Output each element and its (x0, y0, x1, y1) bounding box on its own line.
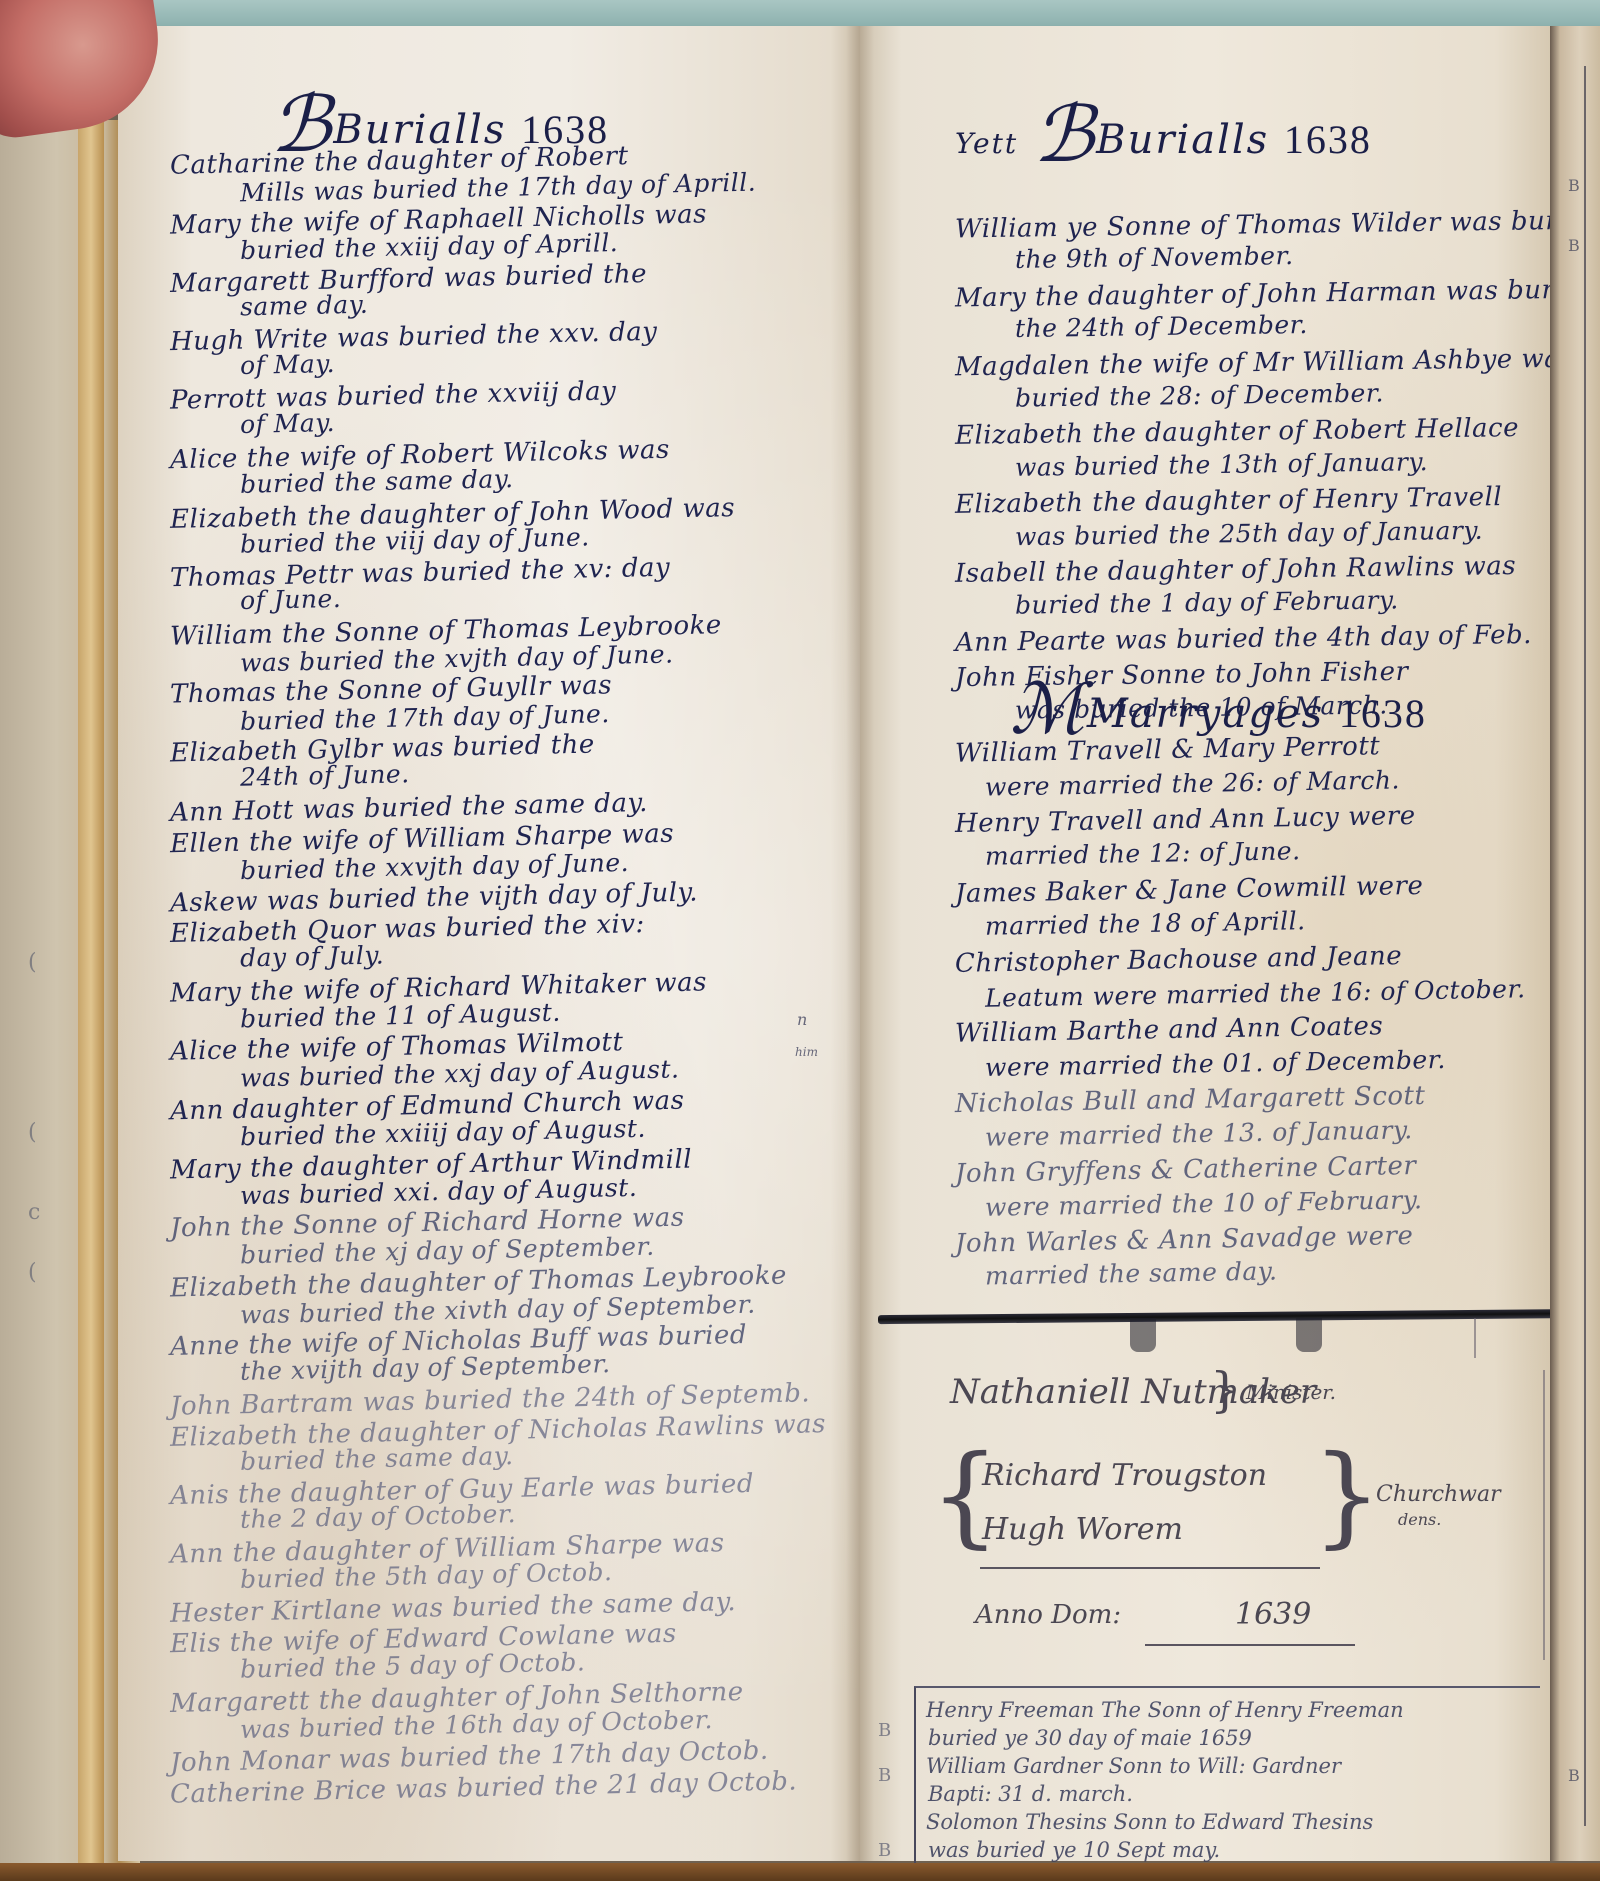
underline (1145, 1644, 1355, 1646)
register-entry-continuation: married the 18 of Aprill. (985, 906, 1306, 941)
brace: } (1210, 1362, 1241, 1418)
page-ruling (1543, 1370, 1545, 1660)
register-entry-continuation: of May. (240, 349, 336, 380)
later-entries-box: Henry Freeman The Sonn of Henry Freemanb… (914, 1686, 1540, 1878)
register-entry-continuation: married the 12: of June. (985, 836, 1301, 871)
heading-word: Burialls (1096, 117, 1269, 163)
heading-word: Marryages (1087, 691, 1324, 737)
register-entry-continuation: the 9th of November. (1015, 241, 1294, 274)
margin-note: him (795, 1045, 818, 1059)
underline (980, 1567, 1320, 1569)
margin-mark: B (878, 1765, 891, 1786)
register-entry-continuation: same day. (240, 290, 369, 322)
anno-domini-label: Anno Dom: (975, 1600, 1121, 1630)
later-entry-line: William Gardner Sonn to Will: Gardner (926, 1754, 1341, 1778)
edge-mark: ( (28, 1120, 37, 1145)
brace-right: } (1312, 1440, 1382, 1550)
churchwardens-role: dens. (1398, 1510, 1441, 1529)
later-entry-line: was buried ye 10 Sept may. (928, 1838, 1220, 1862)
margin-note: n (797, 1010, 807, 1029)
register-entry-continuation: buried the 28: of December. (1015, 378, 1384, 412)
later-entry-line: buried ye 30 day of maie 1659 (928, 1726, 1252, 1750)
later-entry-line: Henry Freeman The Sonn of Henry Freeman (926, 1698, 1404, 1722)
edge-mark: ( (28, 950, 37, 975)
margin-mark: B (1568, 176, 1580, 195)
register-entry-continuation: married the same day. (985, 1256, 1278, 1290)
page-ruling (1584, 66, 1586, 1826)
register-entry-continuation: buried the 11 of August. (240, 997, 561, 1033)
edge-mark: ( (28, 1260, 37, 1285)
churchwarden-name: Richard Trougston (982, 1458, 1267, 1493)
next-page-edge: B B B B (1550, 26, 1600, 1861)
ink-blot (1296, 1318, 1322, 1352)
churchwardens-role: Churchwar (1376, 1482, 1501, 1507)
book-gutter (846, 26, 874, 1861)
register-entry-continuation: 24th of June. (240, 760, 410, 793)
register-entry-continuation: was buried the 13th of January. (1015, 447, 1429, 482)
book-bottom-edge (0, 1863, 1600, 1881)
page-fold (78, 120, 104, 1865)
margin-mark: B (1568, 236, 1580, 255)
book-photo: ( ( c ( ℬBurialls 1638 Catharine the dau… (0, 0, 1600, 1881)
later-entry-line: Solomon Thesins Sonn to Edward Thesins (926, 1810, 1373, 1834)
register-entry-continuation: of June. (240, 584, 342, 615)
ink-blot (1130, 1318, 1156, 1352)
margin-mark: B (1568, 1766, 1580, 1785)
register-entry-continuation: buried the 1 day of February. (1015, 585, 1399, 619)
rule-tick (1474, 1318, 1476, 1358)
right-page-heading: Yett ℬBurialls 1638 (955, 90, 1372, 180)
churchwarden-name: Hugh Worem (982, 1512, 1183, 1547)
later-entry-line: Bapti: 31 d. march. (928, 1782, 1133, 1806)
register-entry-continuation: buried the same day. (240, 1441, 514, 1476)
minister-role: Minister. (1246, 1380, 1336, 1404)
margin-mark: B (878, 1840, 891, 1861)
register-entry-continuation: of May. (240, 408, 336, 439)
heading-year: 1638 (1284, 117, 1372, 162)
register-entry-continuation: the 24th of December. (1015, 310, 1308, 343)
heading-flourish-initial: ℬ (1033, 90, 1096, 180)
register-entry-continuation: day of July. (240, 940, 385, 972)
edge-mark: c (28, 1200, 40, 1225)
heading-prefix: Yett (955, 127, 1018, 160)
margin-mark: B (878, 1720, 891, 1741)
heading-year: 1638 (1339, 691, 1427, 736)
anno-domini-year: 1639 (1235, 1597, 1311, 1632)
